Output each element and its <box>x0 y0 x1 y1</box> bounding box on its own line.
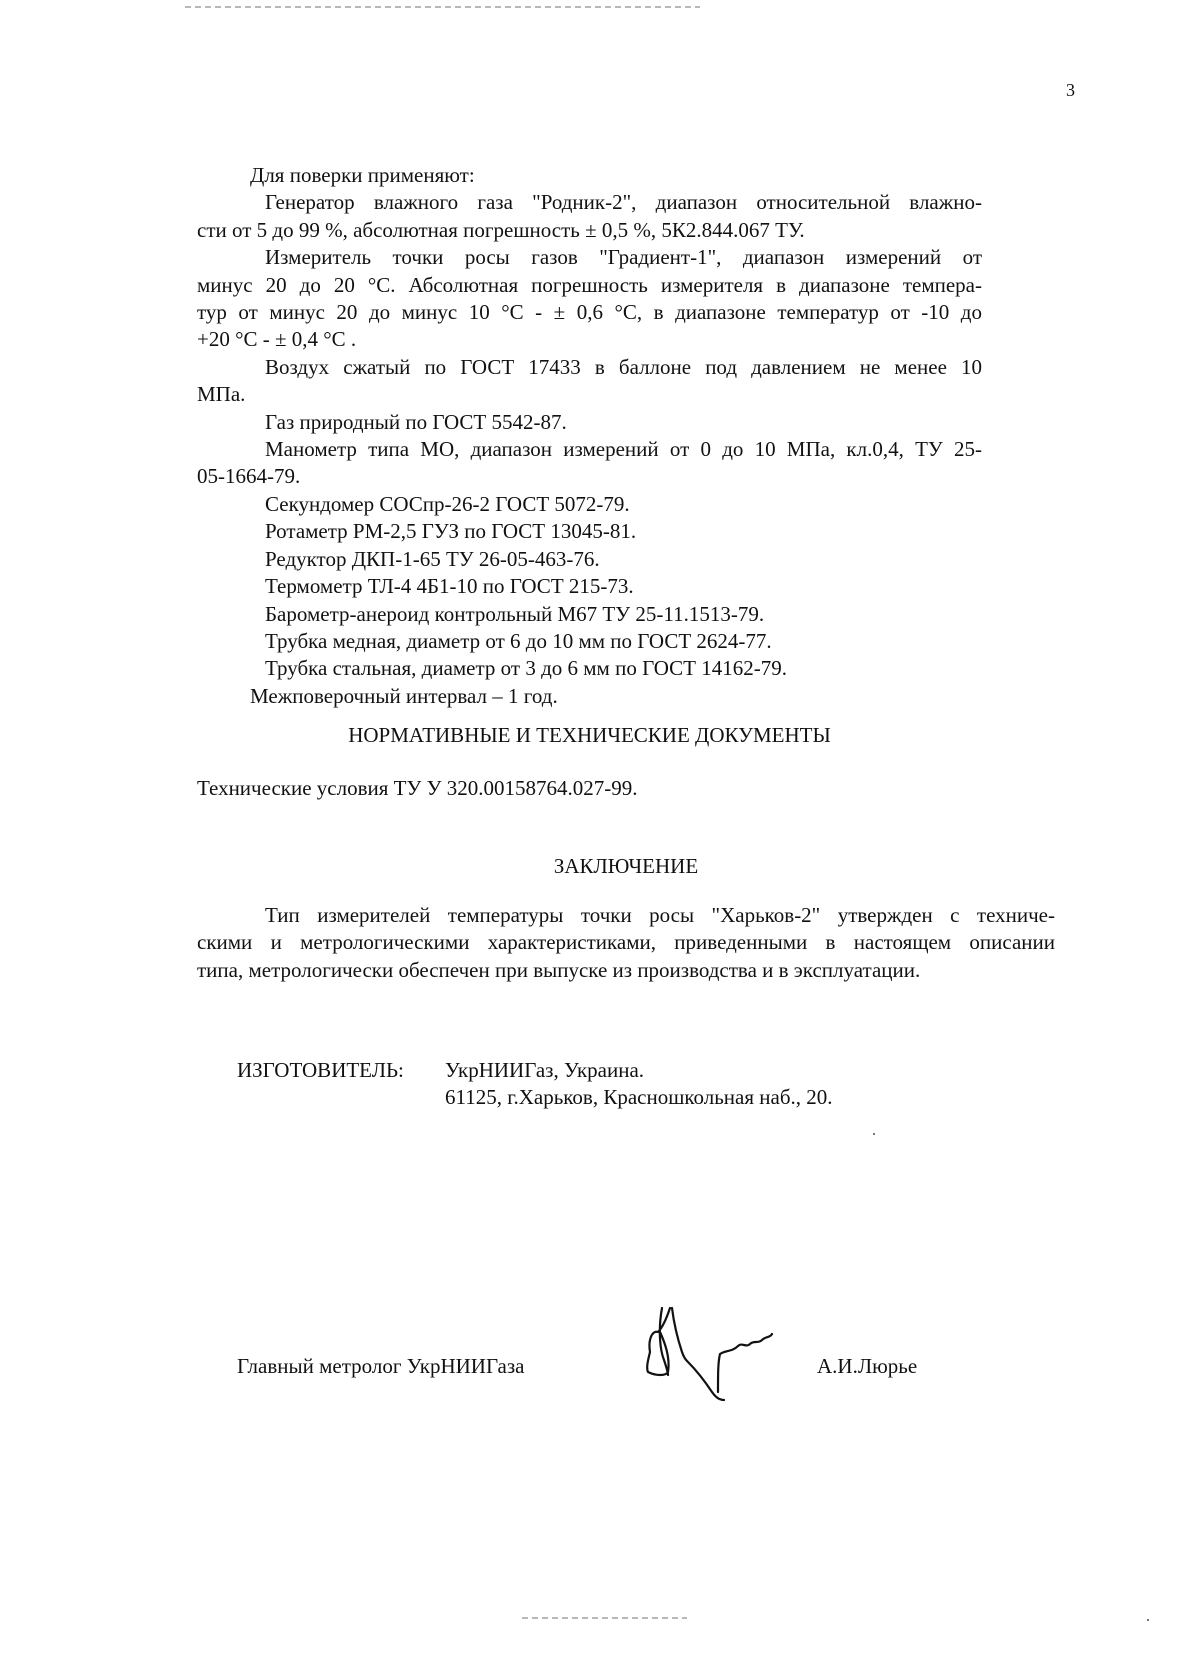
manufacturer-address: 61125, г.Харьков, Красношкольная наб., 2… <box>237 1084 1095 1111</box>
equipment-line: Барометр-анероид контрольный М67 ТУ 25-1… <box>197 601 982 628</box>
handwritten-signature <box>600 1300 850 1450</box>
equipment-line: Воздух сжатый по ГОСТ 17433 в баллоне по… <box>197 354 982 381</box>
conclusion-text: Тип измерителей температуры точки росы "… <box>197 902 1055 984</box>
manufacturer-name: УкрНИИГаз, Украина. <box>445 1057 644 1084</box>
equipment-line: Манометр типа МО, диапазон измерений от … <box>197 436 982 463</box>
equipment-line: Трубка стальная, диаметр от 3 до 6 мм по… <box>197 655 982 682</box>
page-number: 3 <box>1066 80 1075 101</box>
normative-text: Технические условия ТУ У 320.00158764.02… <box>197 775 982 802</box>
conclusion-line: скими и метрологическими характеристикам… <box>197 929 1055 956</box>
equipment-line: минус 20 до 20 °С. Абсолютная погрешност… <box>197 272 982 299</box>
verification-section: Для поверки применяют: Генератор влажног… <box>197 162 982 710</box>
equipment-line: Секундомер СОСпр-26-2 ГОСТ 5072-79. <box>197 491 982 518</box>
signatory-name: А.И.Люрье <box>817 1354 917 1379</box>
equipment-line: сти от 5 до 99 %, абсолютная погрешность… <box>197 217 982 244</box>
equipment-line: Трубка медная, диаметр от 6 до 10 мм по … <box>197 628 982 655</box>
equipment-line: Генератор влажного газа "Родник-2", диап… <box>197 189 982 216</box>
equipment-line: 05-1664-79. <box>197 463 982 490</box>
equipment-line: +20 °С - ± 0,4 °С . <box>197 326 982 353</box>
conclusion-heading: ЗАКЛЮЧЕНИЕ <box>197 854 1055 879</box>
normative-heading: НОРМАТИВНЫЕ И ТЕХНИЧЕСКИЕ ДОКУМЕНТЫ <box>197 723 982 748</box>
manufacturer-label: ИЗГОТОВИТЕЛЬ: <box>237 1058 404 1082</box>
scan-speck <box>873 1133 875 1135</box>
signatory-title: Главный метролог УкрНИИГаза <box>237 1354 525 1379</box>
scan-artifact-bottom <box>522 1617 687 1619</box>
conclusion-line: Тип измерителей температуры точки росы "… <box>197 902 1055 929</box>
scan-speck <box>1147 1619 1149 1621</box>
equipment-line: Газ природный по ГОСТ 5542-87. <box>197 409 982 436</box>
equipment-line: тур от минус 20 до минус 10 °С - ± 0,6 °… <box>197 299 982 326</box>
equipment-line: МПа. <box>197 381 982 408</box>
manufacturer-section: ИЗГОТОВИТЕЛЬ: УкрНИИГаз, Украина. 61125,… <box>237 1057 1095 1112</box>
equipment-line: Ротаметр РМ-2,5 ГУЗ по ГОСТ 13045-81. <box>197 518 982 545</box>
verification-interval: Межповерочный интервал – 1 год. <box>197 683 982 710</box>
normative-document: Технические условия ТУ У 320.00158764.02… <box>197 775 982 802</box>
equipment-line: Термометр ТЛ-4 4Б1-10 по ГОСТ 215-73. <box>197 573 982 600</box>
conclusion-line: типа, метрологически обеспечен при выпус… <box>197 957 1055 984</box>
verification-intro: Для поверки применяют: <box>197 162 982 189</box>
equipment-line: Измеритель точки росы газов "Градиент-1"… <box>197 244 982 271</box>
equipment-line: Редуктор ДКП-1-65 ТУ 26-05-463-76. <box>197 546 982 573</box>
scan-artifact-top <box>185 6 700 8</box>
verification-equipment-list: Генератор влажного газа "Родник-2", диап… <box>197 189 982 682</box>
